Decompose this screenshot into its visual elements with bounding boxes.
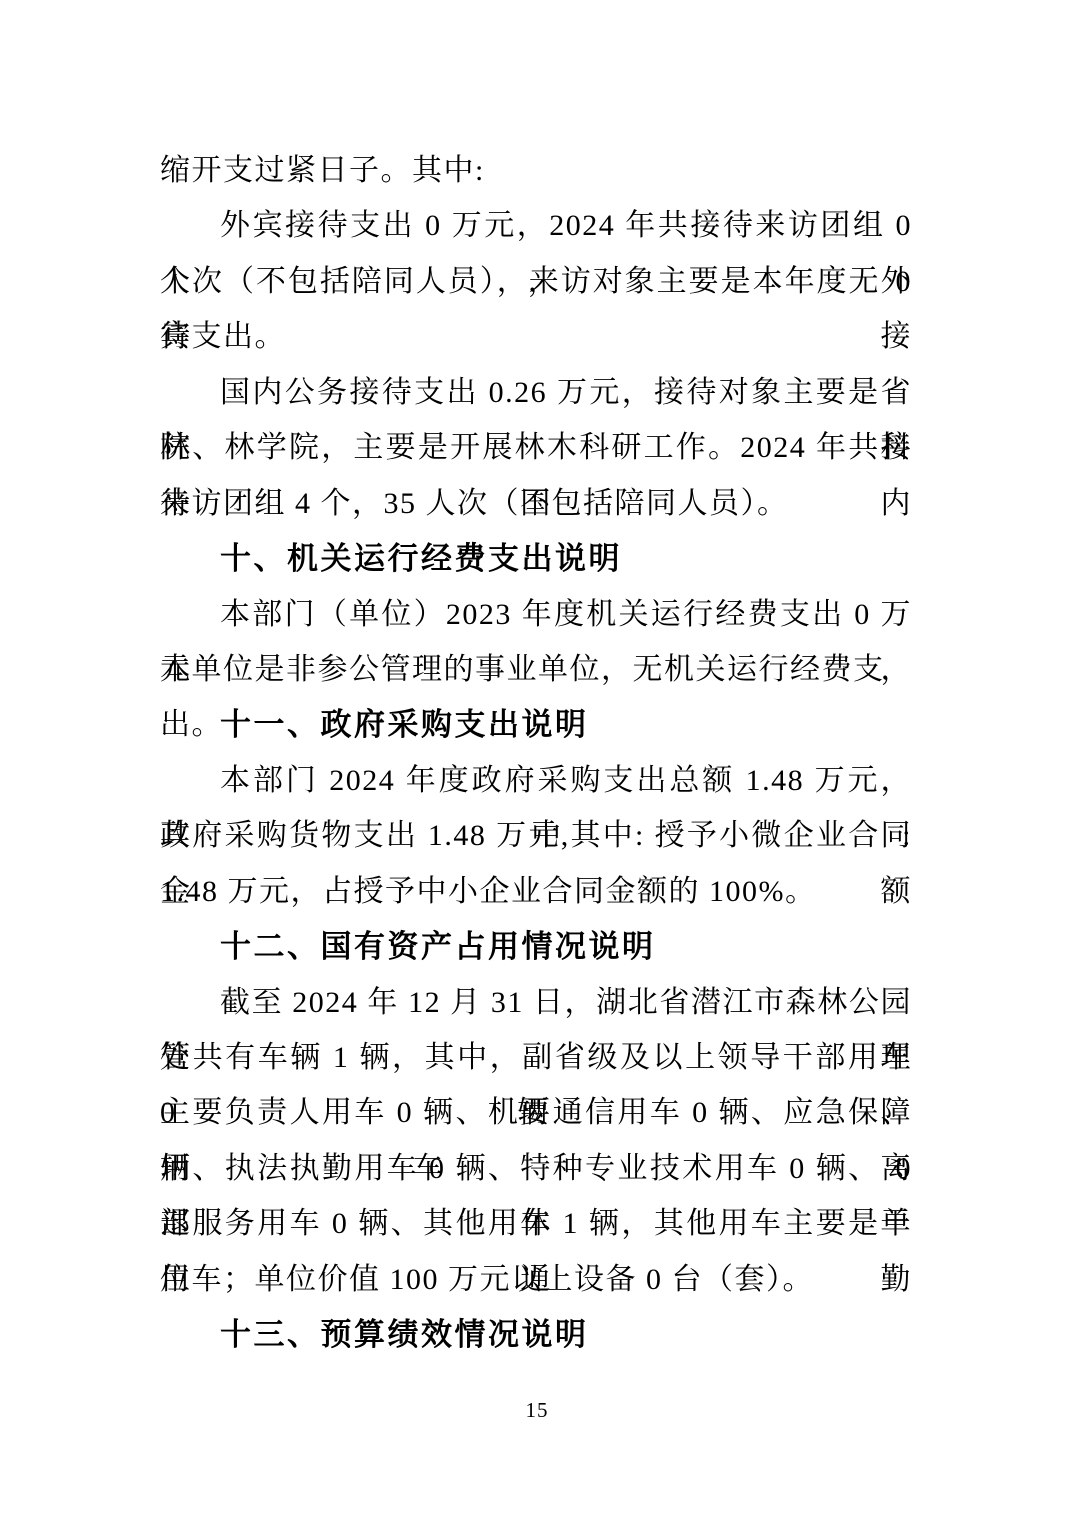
section-heading-eleven: 十一、政府采购支出说明: [160, 697, 912, 752]
text-line: 本部门（单位）2023 年度机关运行经费支出 0 万元，: [160, 587, 912, 642]
text-line: 院、林学院，主要是开展林木科研工作。2024 年共接待国内: [160, 420, 912, 475]
document-body: 缩开支过紧日子。其中: 外宾接待支出 0 万元，2024 年共接待来访团组 0 …: [160, 143, 912, 1363]
section-heading-ten: 十、机关运行经费支出说明: [160, 531, 912, 586]
text-line: 用车；单位价值 100 万元以上设备 0 台（套）。: [160, 1252, 912, 1307]
document-page: 缩开支过紧日子。其中: 外宾接待支出 0 万元，2024 年共接待来访团组 0 …: [0, 0, 1074, 1520]
text-line: 部服务用车 0 辆、其他用车 1 辆，其他用车主要是单位通勤: [160, 1196, 912, 1251]
section-heading-thirteen: 十三、预算绩效情况说明: [160, 1307, 912, 1362]
text-line: 本单位是非参公管理的事业单位，无机关运行经费支出。: [160, 642, 912, 697]
text-line: 处共有车辆 1 辆，其中，副省级及以上领导干部用车 0 辆、: [160, 1030, 912, 1085]
page-number: 15: [0, 1398, 1074, 1423]
section-heading-twelve: 十二、国有资产占用情况说明: [160, 919, 912, 974]
text-line: 辆、执法执勤用车 0 辆、特种专业技术用车 0 辆、离退休干: [160, 1141, 912, 1196]
text-line: 外宾接待支出 0 万元，2024 年共接待来访团组 0 个，0: [160, 198, 912, 253]
text-line: 主要负责人用车 0 辆、机要通信用车 0 辆、应急保障用车 0: [160, 1085, 912, 1140]
text-line: 本部门 2024 年度政府采购支出总额 1.48 万元，其中:: [160, 753, 912, 808]
text-line: 截至 2024 年 12 月 31 日，湖北省潜江市森林公园管理: [160, 975, 912, 1030]
text-line: 国内公务接待支出 0.26 万元，接待对象主要是省林科: [160, 365, 912, 420]
text-line: 政府采购货物支出 1.48 万元,其中: 授予小微企业合同金额: [160, 808, 912, 863]
text-line: 缩开支过紧日子。其中:: [160, 143, 912, 198]
text-line: 1.48 万元，占授予中小企业合同金额的 100%。: [160, 864, 912, 919]
text-line: 人次（不包括陪同人员），来访对象主要是本年度无外宾接: [160, 254, 912, 309]
